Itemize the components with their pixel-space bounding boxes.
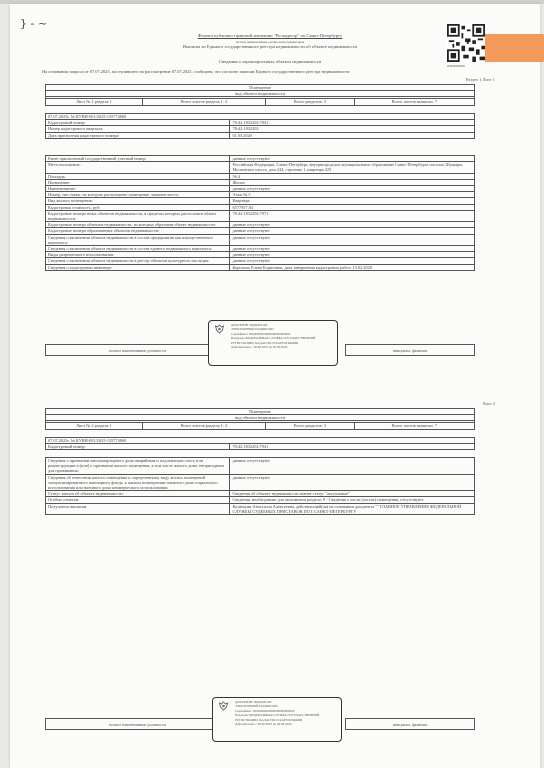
field-label: Сведения о признании многоквартирного до… xyxy=(46,458,230,475)
stamp-line: Действителен: с 00.00.2025 по 00.00.2026 xyxy=(235,722,337,726)
section-label: Раздел 1 Лист 1 xyxy=(466,77,495,82)
extract-sheets-total: Всего листов выписки: 7 xyxy=(354,423,474,429)
sections-total: Всего разделов: 3 xyxy=(266,99,355,105)
sheet2-label: Лист 2 xyxy=(483,401,496,406)
table-row: Получатель выписки:Кузнецова Анастасия А… xyxy=(46,503,475,514)
field-label: Сведения о включении объекта недвижимост… xyxy=(46,258,230,264)
sheet2-header-table: Помещение вид объекта недвижимости Лист … xyxy=(45,408,475,430)
table-row: Местоположение:Российская Федерация, Сан… xyxy=(46,162,475,173)
table-row: Сведения о кадастровом инженере:Коротких… xyxy=(46,264,475,270)
qr-caption: 000000000000 xyxy=(447,64,465,68)
field-value: Российская Федерация, Санкт-Петербург, в… xyxy=(230,162,475,173)
field-label: Дата присвоения кадастрового номера: xyxy=(46,132,230,138)
field-label: Получатель выписки: xyxy=(46,503,230,514)
table-row: Кадастровые номера иных объектов недвижи… xyxy=(46,210,475,221)
field-value: 78:42:1832202:7971 xyxy=(230,210,475,221)
section-sheets-total: Всего листов раздела 1: 2 xyxy=(142,423,265,429)
coat-of-arms-icon xyxy=(218,701,229,711)
field-label: Сведения о включении объекта недвижимост… xyxy=(46,234,230,245)
sheet2-identifiers-table: 07.07.2025г. № КУВИ-001/2025-135774860 К… xyxy=(45,437,475,450)
field-value: данные отсутствуют xyxy=(230,234,475,245)
field-value: 01.03.2020 xyxy=(230,132,475,138)
table-row: Сведения о признании многоквартирного до… xyxy=(46,458,475,475)
signature-position-caption: полное наименование должности xyxy=(45,722,230,727)
field-value: 78:42:1832202:7941 xyxy=(230,444,475,450)
field-label: Сведения о включении объекта недвижимост… xyxy=(46,246,230,252)
electronic-signature-stamp: ДОКУМЕНТ ПОДПИСАН ЭЛЕКТРОННОЙ ПОДПИСЬЮ С… xyxy=(208,320,338,366)
field-label: Кадастровый номер: xyxy=(46,444,230,450)
sheet1-header-table: Помещение вид объекта недвижимости Лист … xyxy=(45,84,475,106)
field-value: данные отсутствуют xyxy=(230,474,475,491)
signature-name-caption: инициалы, фамилия xyxy=(345,348,475,353)
table-row: Сведения об отнесении жилого помещения к… xyxy=(46,474,475,491)
sheet2-characteristics-table: Сведения о признании многоквартирного до… xyxy=(45,457,475,515)
table-row: Дата присвоения кадастрового номера:01.0… xyxy=(46,132,475,138)
field-value: Кузнецова Анастасия Алексеевна, действую… xyxy=(230,503,475,514)
table-row: Кадастровый номер:78:42:1832202:7941 xyxy=(46,444,475,450)
field-label: Местоположение: xyxy=(46,162,230,173)
orange-sticky-tab xyxy=(485,34,544,62)
document-lead-text: На основании запроса от 07.07.2025, пост… xyxy=(42,69,492,74)
field-label: Кадастровые номера иных объектов недвижи… xyxy=(46,210,230,221)
field-value: Коротких Елена Борисовна, дата завершени… xyxy=(230,264,475,270)
sheet1-characteristics-table: Ранее присвоенный государственный учетны… xyxy=(45,155,475,271)
handwritten-mark: } - ~ xyxy=(20,17,47,30)
sections-total: Всего разделов: 3 xyxy=(266,423,355,429)
field-label: Кадастровые номера объектов недвижимости… xyxy=(46,222,230,228)
stamp-line: Действителен: с 00.00.2025 по 00.00.2026 xyxy=(231,345,333,349)
field-value: данные отсутствуют xyxy=(230,458,475,475)
signature-name-caption: инициалы, фамилия xyxy=(345,722,475,727)
sheet-number: Лист № 2 раздела 1 xyxy=(46,423,143,429)
document-subtitle: Сведения о характеристиках объекта недви… xyxy=(100,59,440,65)
table-row: Сведения о включении объекта недвижимост… xyxy=(46,234,475,245)
sheet-number: Лист № 1 раздела 1 xyxy=(46,99,143,105)
section-sheets-total: Всего листов раздела 1: 2 xyxy=(142,99,265,105)
document-title: Выписка из Единого государственного реес… xyxy=(100,44,440,50)
qr-code-icon xyxy=(447,22,485,64)
electronic-signature-stamp: ДОКУМЕНТ ПОДПИСАН ЭЛЕКТРОННОЙ ПОДПИСЬЮ С… xyxy=(212,697,342,742)
field-label: Сведения об отнесении жилого помещения к… xyxy=(46,474,230,491)
signature-position-caption: полное наименование должности xyxy=(45,348,230,353)
sheet1-identifiers-table: 07.07.2025г. № КУВИ-001/2025-135774860 К… xyxy=(45,113,475,139)
extract-sheets-total: Всего листов выписки: 7 xyxy=(354,99,474,105)
coat-of-arms-icon xyxy=(214,324,225,334)
field-label: Сведения о кадастровом инженере: xyxy=(46,264,230,270)
